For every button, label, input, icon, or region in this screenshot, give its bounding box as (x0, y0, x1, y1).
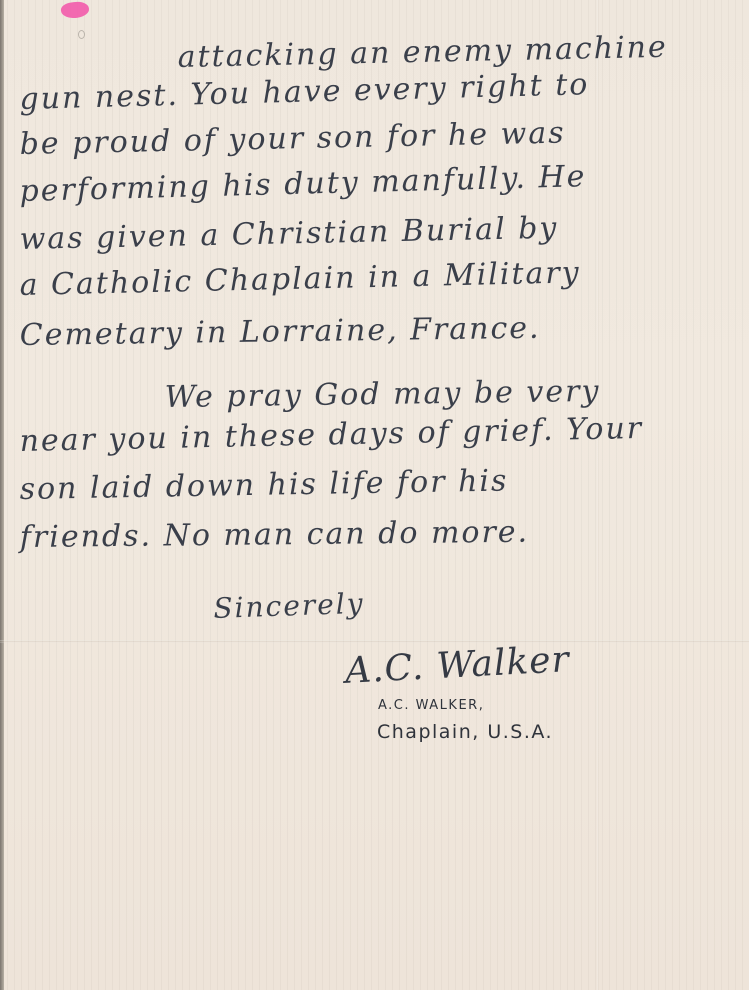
handwritten-signature: A.C. Walker (344, 639, 571, 692)
letter-page: attacking an enemy machine gun nest. You… (0, 0, 749, 990)
letter-line: son laid down his life for his (19, 463, 508, 507)
letter-line: a Catholic Chaplain in a Military (19, 255, 581, 303)
letter-line: gun nest. You have every right to (19, 67, 590, 117)
closing-sincerely: Sincerely (213, 587, 365, 625)
paper-speck (78, 30, 85, 39)
letter-line: performing his duty manfully. He (19, 159, 587, 209)
letter-line: near you in these days of grief. Your (19, 411, 643, 459)
printed-title: Chaplain, U.S.A. (377, 721, 553, 743)
horizontal-fold-line (0, 640, 749, 643)
letter-line: We pray God may be very (165, 374, 601, 415)
letter-line: was given a Christian Burial by (19, 211, 558, 257)
letter-line: be proud of your son for he was (19, 116, 566, 162)
letter-line: attacking an enemy machine (177, 30, 668, 75)
printed-name: A.C. WALKER, (378, 698, 484, 713)
letter-line: friends. No man can do more. (20, 515, 530, 555)
vertical-crease (597, 0, 599, 990)
pink-highlighter-mark (60, 0, 90, 20)
letter-line: Cemetary in Lorraine, France. (20, 311, 541, 353)
paper-left-edge (0, 0, 4, 990)
